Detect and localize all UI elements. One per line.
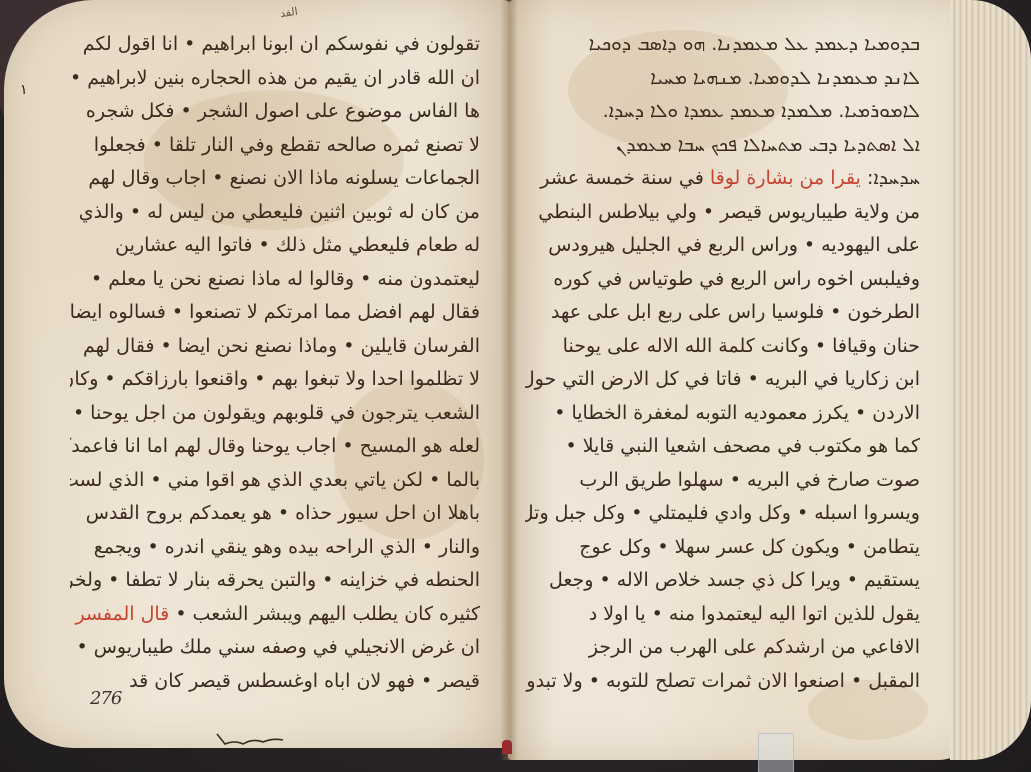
header-note: الفد xyxy=(279,5,298,20)
text-line: حنان وقيافا • وكانت كلمة الله الاله على … xyxy=(525,330,920,364)
text-line: من كان له ثوبين اثنين فليعطي من ليس له •… xyxy=(70,196,480,230)
text-line: يستقيم • ويرا كل ذي جسد خلاص الاله • وجع… xyxy=(525,564,920,598)
text-line: المقبل • اصنعوا الان ثمرات تصلح للتوبه •… xyxy=(525,665,920,699)
book-gutter xyxy=(500,0,518,760)
text-line: باهلا ان احل سيور حذاه • هو يعمدكم بروح … xyxy=(70,497,480,531)
text-line: ان الله قادر ان يقيم من هذه الحجاره بنين… xyxy=(70,62,480,96)
text-line: الفرسان قايلين • وماذا نصنع نحن ايضا • ف… xyxy=(70,330,480,364)
text-line: على اليهوديه • وراس الربع في الجليل هيرو… xyxy=(525,229,920,263)
text-line: تقولون في نفوسكم ان ابونا ابراهيم • انا … xyxy=(70,28,480,62)
text-line: لا تصنع ثمره صالحه تقطع وفي النار تلقا •… xyxy=(70,129,480,163)
page-edges xyxy=(950,0,1031,760)
text-line: الشعب يترجون في قلوبهم ويقولون من اجل يو… xyxy=(70,397,480,431)
text-line: صوت صارخ في البريه • سهلوا طريق الرب xyxy=(525,464,920,498)
text-line: الاردن • يكرز معموديه التوبه لمغفرة الخط… xyxy=(525,397,920,431)
rubric: يقرا من بشارة لوقا xyxy=(710,167,861,189)
text-line: له طعام فليعطي مثل ذلك • فاتوا اليه عشار… xyxy=(70,229,480,263)
text-line: وفيلبس اخوه راس الربع في طوتياس في كوره xyxy=(525,263,920,297)
text-line-syriac: ܒܕܘܡܝܐ ܕܥܡܕ ܥܠ ܡܥܡܕܢܐ. ܗܘ ܕܐܣܒ ܕܘܟܝܐ xyxy=(525,28,920,62)
right-page-text: ܒܕܘܡܝܐ ܕܥܡܕ ܥܠ ܡܥܡܕܢܐ. ܗܘ ܕܐܣܒ ܕܘܟܝܐ ܠܐܢ… xyxy=(525,28,920,698)
text-line: ها الفاس موضوع على اصول الشجر • فكل شجره xyxy=(70,95,480,129)
text-line: بالما • لكن ياتي بعدي الذي هو اقوا مني •… xyxy=(70,464,480,498)
text-line: قيصر • فهو لان اباه اوغسطس قيصر كان قد xyxy=(70,665,480,699)
photo-background: الفد ١ 276 تقولون في نفوسكم ان ابونا ابر… xyxy=(0,0,1031,772)
text-line-syriac: ܠܐܡܘܪܡܝܐ. ܡܠܡܕܐ ܡܥܡܕ ܥܡܕܐ ܘܠܐ ܕܚܕܐ. xyxy=(525,95,920,129)
text-line: الجماعات يسلونه ماذا الان نصنع • اجاب وق… xyxy=(70,162,480,196)
text-line: ويسروا اسبله • وكل وادي فليمتلي • وكل جب… xyxy=(525,497,920,531)
text-line: ابن زكاريا في البريه • فاتا في كل الارض … xyxy=(525,363,920,397)
text-line: كما هو مكتوب في مصحف اشعيا النبي قايلا • xyxy=(525,430,920,464)
spine-thread xyxy=(502,740,512,754)
text-line: ان غرض الانجيلي في وصفه سني ملك طيباريوس… xyxy=(70,631,480,665)
page-clip xyxy=(758,733,794,772)
margin-mark: ١ xyxy=(20,82,28,98)
left-page-text: تقولون في نفوسكم ان ابونا ابراهيم • انا … xyxy=(70,28,480,698)
text-line-syriac: ܠܐܢܕ ܡܥܡܕܢܐ ܠܕܘܡܝܐ. ܡܢܗܝܐ ܡܚܝܐ xyxy=(525,62,920,96)
text-line-syriac: ܐܠ ܐܣܬܕܝܐ ܕܒܝ ܡܬܚܐܠܐ ܦܟܟ ܚܒܐ ܡܥܡܕܢ xyxy=(525,129,920,163)
text-line: لعله هو المسيح • اجاب يوحنا وقال لهم اما… xyxy=(70,430,480,464)
text-line: الحنطه في خزاينه • والتبن يحرقه بنار لا … xyxy=(70,564,480,598)
text-line: والنار • الذي الراحه بيده وهو ينقي اندره… xyxy=(70,531,480,565)
rubric: قال المفسر xyxy=(75,603,169,625)
catchword-flourish xyxy=(215,730,285,750)
text-line: يقول للذين اتوا اليه ليعتمدوا منه • يا ا… xyxy=(525,598,920,632)
text-line: فقال لهم افضل مما امرتكم لا تصنعوا • فسا… xyxy=(70,296,480,330)
text-line: ܚܕܚܕܐ: يقرا من بشارة لوقا في سنة خمسة عش… xyxy=(525,162,920,196)
text-line: الافاعي من ارشدكم على الهرب من الرجز xyxy=(525,631,920,665)
text-line: ليعتمدون منه • وقالوا له ماذا نصنع نحن ي… xyxy=(70,263,480,297)
text-line: لا تظلموا احدا ولا تبغوا بهم • واقنعوا ب… xyxy=(70,363,480,397)
text-line: من ولاية طيباريوس قيصر • ولي بيلاطس البن… xyxy=(525,196,920,230)
text-line: يتطامن • ويكون كل عسر سهلا • وكل عوج xyxy=(525,531,920,565)
text-line: الطرخون • فلوسيا راس على ربع ابل على عهد xyxy=(525,296,920,330)
text-line: كثيره كان يطلب اليهم ويبشر الشعب • قال ا… xyxy=(70,598,480,632)
